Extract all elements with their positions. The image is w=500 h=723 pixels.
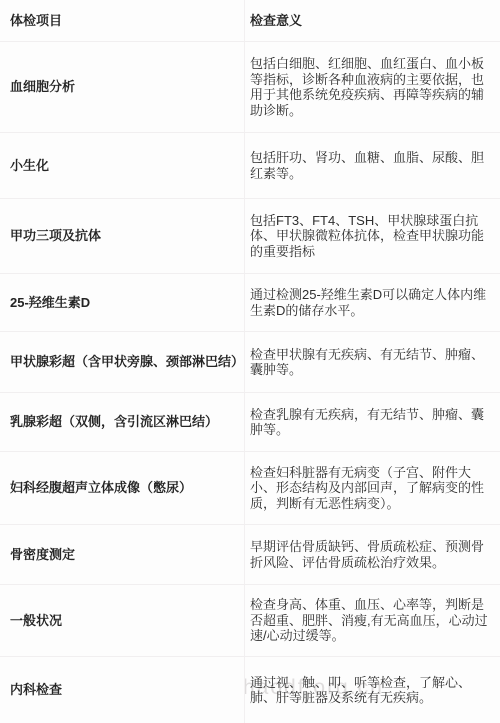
item-cell: 25-羟维生素D [0,274,245,331]
meaning-cell: 通过检测25-羟维生素D可以确定人体内维生素D的储存水平。 [245,274,500,331]
table-row: 血细胞分析 包括白细胞、红细胞、血红蛋白、血小板等指标，诊断各种血液病的主要依据… [0,42,500,133]
table-row: 内科检查 通过视、触、叩、听等检查，了解心、肺、肝等脏器及系统有无疾病。 [0,657,500,723]
table-row: 小生化 包括肝功、肾功、血糖、血脂、尿酸、胆红素等。 [0,133,500,199]
item-cell: 乳腺彩超（双侧，含引流区淋巴结） [0,393,245,451]
table-row: 25-羟维生素D 通过检测25-羟维生素D可以确定人体内维生素D的储存水平。 [0,274,500,332]
meaning-cell: 检查甲状腺有无疾病、有无结节、肿瘤、囊肿等。 [245,332,500,392]
item-cell: 妇科经腹超声立体成像（憋尿） [0,452,245,524]
checkup-items-table: 体检项目 检查意义 血细胞分析 包括白细胞、红细胞、血红蛋白、血小板等指标，诊断… [0,0,500,723]
meaning-cell: 检查乳腺有无疾病，有无结节、肿瘤、囊肿等。 [245,393,500,451]
table-row: 一般状况 检查身高、体重、血压、心率等，判断是否超重、肥胖、消瘦,有无高血压，心… [0,585,500,657]
table-row: 妇科经腹超声立体成像（憋尿） 检查妇科脏器有无病变（子宫、附件大小、形态结构及内… [0,452,500,525]
item-cell: 小生化 [0,133,245,198]
table-row: 乳腺彩超（双侧，含引流区淋巴结） 检查乳腺有无疾病，有无结节、肿瘤、囊肿等。 [0,393,500,452]
header-item-column: 体检项目 [0,0,245,41]
header-meaning-column: 检查意义 [245,0,500,41]
item-cell: 甲功三项及抗体 [0,199,245,273]
item-cell: 内科检查 [0,657,245,723]
table-row: 甲状腺彩超（含甲状旁腺、颈部淋巴结） 检查甲状腺有无疾病、有无结节、肿瘤、囊肿等… [0,332,500,393]
meaning-cell: 包括肝功、肾功、血糖、血脂、尿酸、胆红素等。 [245,133,500,198]
item-cell: 骨密度测定 [0,525,245,584]
item-cell: 一般状况 [0,585,245,656]
meaning-cell: 检查妇科脏器有无病变（子宫、附件大小、形态结构及内部回声，了解病变的性质，判断有… [245,452,500,524]
table-row: 骨密度测定 早期评估骨质缺钙、骨质疏松症、预测骨折风险、评估骨质疏松治疗效果。 [0,525,500,585]
meaning-cell: 通过视、触、叩、听等检查，了解心、肺、肝等脏器及系统有无疾病。 [245,657,500,723]
item-cell: 血细胞分析 [0,42,245,132]
table-row: 甲功三项及抗体 包括FT3、FT4、TSH、甲状腺球蛋白抗体、甲状腺微粒体抗体，… [0,199,500,274]
meaning-cell: 早期评估骨质缺钙、骨质疏松症、预测骨折风险、评估骨质疏松治疗效果。 [245,525,500,584]
meaning-cell: 包括FT3、FT4、TSH、甲状腺球蛋白抗体、甲状腺微粒体抗体，检查甲状腺功能的… [245,199,500,273]
health-checkup-table-page: haodf.org.cn 体检项目 检查意义 血细胞分析 包括白细胞、红细胞、血… [0,0,500,723]
item-cell: 甲状腺彩超（含甲状旁腺、颈部淋巴结） [0,332,245,392]
table-header-row: 体检项目 检查意义 [0,0,500,42]
meaning-cell: 检查身高、体重、血压、心率等，判断是否超重、肥胖、消瘦,有无高血压，心动过速/心… [245,585,500,656]
meaning-cell: 包括白细胞、红细胞、血红蛋白、血小板等指标，诊断各种血液病的主要依据，也用于其他… [245,42,500,132]
